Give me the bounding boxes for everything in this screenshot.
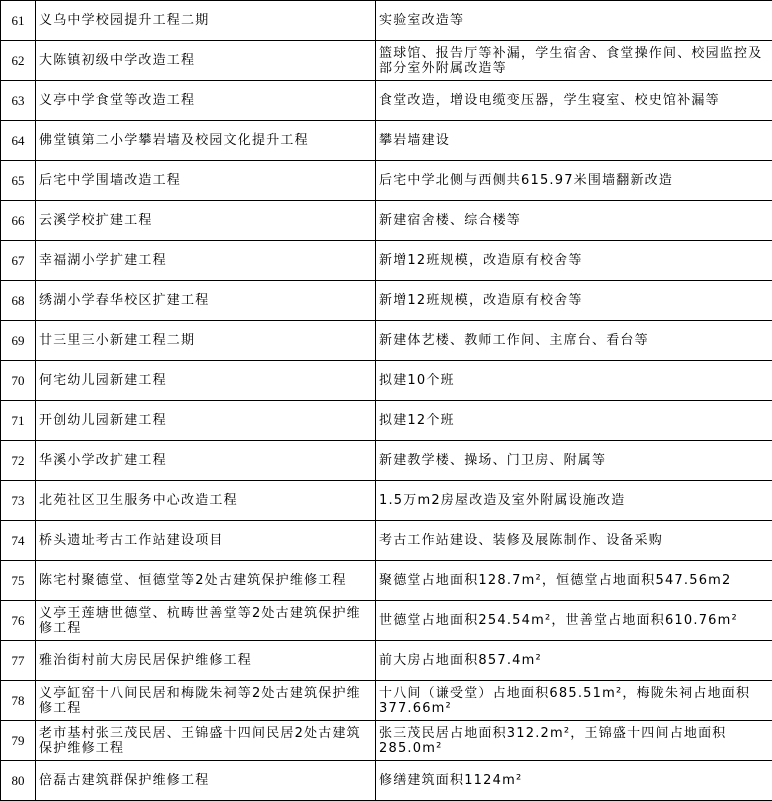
row-number: 64 [1, 121, 36, 161]
row-number: 68 [1, 281, 36, 321]
row-number: 63 [1, 81, 36, 121]
project-name: 云溪学校扩建工程 [36, 201, 376, 241]
project-name: 开创幼儿园新建工程 [36, 401, 376, 441]
table-row: 77雅治街村前大房民居保护维修工程前大房占地面积857.4m² [1, 641, 772, 681]
project-content: 张三茂民居占地面积312.2m²，王锦盛十四间占地面积285.0m² [376, 721, 772, 761]
project-content: 后宅中学北侧与西侧共615.97米围墙翻新改造 [376, 161, 772, 201]
project-name: 大陈镇初级中学改造工程 [36, 41, 376, 81]
project-content: 新增12班规模，改造原有校舍等 [376, 241, 772, 281]
table-row: 70何宅幼儿园新建工程拟建10个班 [1, 361, 772, 401]
row-number: 73 [1, 481, 36, 521]
row-number: 71 [1, 401, 36, 441]
project-content: 攀岩墙建设 [376, 121, 772, 161]
table-row: 61义乌中学校园提升工程二期实验室改造等 [1, 1, 772, 41]
project-content: 拟建10个班 [376, 361, 772, 401]
project-content: 篮球馆、报告厅等补漏，学生宿舍、食堂操作间、校园监控及部分室外附属改造等 [376, 41, 772, 81]
table-row: 63义亭中学食堂等改造工程食堂改造，增设电缆变压器，学生寝室、校史馆补漏等 [1, 81, 772, 121]
row-number: 66 [1, 201, 36, 241]
table-row: 69廿三里三小新建工程二期新建体艺楼、教师工作间、主席台、看台等 [1, 321, 772, 361]
table-row: 75陈宅村聚德堂、恒德堂等2处古建筑保护维修工程聚德堂占地面积128.7m²，恒… [1, 561, 772, 601]
row-number: 80 [1, 761, 36, 801]
project-name: 义乌中学校园提升工程二期 [36, 1, 376, 41]
project-name: 义亭王莲塘世德堂、杭畴世善堂等2处古建筑保护维修工程 [36, 601, 376, 641]
project-name: 幸福湖小学扩建工程 [36, 241, 376, 281]
table-row: 68绣湖小学春华校区扩建工程新增12班规模，改造原有校舍等 [1, 281, 772, 321]
project-content: 十八间（谦受堂）占地面积685.51m²，梅陇朱祠占地面积377.66m² [376, 681, 772, 721]
row-number: 62 [1, 41, 36, 81]
row-number: 77 [1, 641, 36, 681]
row-number: 74 [1, 521, 36, 561]
project-content: 修缮建筑面积1124m² [376, 761, 772, 801]
row-number: 70 [1, 361, 36, 401]
project-content: 前大房占地面积857.4m² [376, 641, 772, 681]
table-row: 71开创幼儿园新建工程拟建12个班 [1, 401, 772, 441]
project-content: 新增12班规模，改造原有校舍等 [376, 281, 772, 321]
table-row: 65后宅中学围墙改造工程后宅中学北侧与西侧共615.97米围墙翻新改造 [1, 161, 772, 201]
project-table: 61义乌中学校园提升工程二期实验室改造等 62大陈镇初级中学改造工程篮球馆、报告… [0, 0, 772, 801]
project-name: 陈宅村聚德堂、恒德堂等2处古建筑保护维修工程 [36, 561, 376, 601]
project-content: 考古工作站建设、装修及展陈制作、设备采购 [376, 521, 772, 561]
project-content: 新建体艺楼、教师工作间、主席台、看台等 [376, 321, 772, 361]
row-number: 67 [1, 241, 36, 281]
project-name: 义亭中学食堂等改造工程 [36, 81, 376, 121]
project-name: 华溪小学改扩建工程 [36, 441, 376, 481]
row-number: 72 [1, 441, 36, 481]
project-name: 倍磊古建筑群保护维修工程 [36, 761, 376, 801]
table-row: 72华溪小学改扩建工程新建教学楼、操场、门卫房、附属等 [1, 441, 772, 481]
table-row: 62大陈镇初级中学改造工程篮球馆、报告厅等补漏，学生宿舍、食堂操作间、校园监控及… [1, 41, 772, 81]
table-row: 80倍磊古建筑群保护维修工程修缮建筑面积1124m² [1, 761, 772, 801]
project-content: 1.5万m2房屋改造及室外附属设施改造 [376, 481, 772, 521]
row-number: 79 [1, 721, 36, 761]
project-name: 北苑社区卫生服务中心改造工程 [36, 481, 376, 521]
table-row: 66云溪学校扩建工程新建宿舍楼、综合楼等 [1, 201, 772, 241]
table-row: 64佛堂镇第二小学攀岩墙及校园文化提升工程攀岩墙建设 [1, 121, 772, 161]
project-content: 世德堂占地面积254.54m²，世善堂占地面积610.76m² [376, 601, 772, 641]
table-row: 67幸福湖小学扩建工程新增12班规模，改造原有校舍等 [1, 241, 772, 281]
row-number: 61 [1, 1, 36, 41]
project-name: 老市基村张三茂民居、王锦盛十四间民居2处古建筑保护维修工程 [36, 721, 376, 761]
project-name: 何宅幼儿园新建工程 [36, 361, 376, 401]
project-content: 聚德堂占地面积128.7m²，恒德堂占地面积547.56m2 [376, 561, 772, 601]
row-number: 75 [1, 561, 36, 601]
project-name: 桥头遗址考古工作站建设项目 [36, 521, 376, 561]
project-name: 后宅中学围墙改造工程 [36, 161, 376, 201]
table-row: 73北苑社区卫生服务中心改造工程1.5万m2房屋改造及室外附属设施改造 [1, 481, 772, 521]
project-name: 廿三里三小新建工程二期 [36, 321, 376, 361]
project-content: 新建教学楼、操场、门卫房、附属等 [376, 441, 772, 481]
row-number: 69 [1, 321, 36, 361]
project-name: 义亭缸窑十八间民居和梅陇朱祠等2处古建筑保护维修工程 [36, 681, 376, 721]
project-content: 食堂改造，增设电缆变压器，学生寝室、校史馆补漏等 [376, 81, 772, 121]
row-number: 76 [1, 601, 36, 641]
project-content: 新建宿舍楼、综合楼等 [376, 201, 772, 241]
project-name: 雅治街村前大房民居保护维修工程 [36, 641, 376, 681]
project-content: 实验室改造等 [376, 1, 772, 41]
project-name: 绣湖小学春华校区扩建工程 [36, 281, 376, 321]
table-row: 74桥头遗址考古工作站建设项目考古工作站建设、装修及展陈制作、设备采购 [1, 521, 772, 561]
row-number: 65 [1, 161, 36, 201]
table-row: 79老市基村张三茂民居、王锦盛十四间民居2处古建筑保护维修工程张三茂民居占地面积… [1, 721, 772, 761]
table-row: 76义亭王莲塘世德堂、杭畴世善堂等2处古建筑保护维修工程世德堂占地面积254.5… [1, 601, 772, 641]
project-name: 佛堂镇第二小学攀岩墙及校园文化提升工程 [36, 121, 376, 161]
row-number: 78 [1, 681, 36, 721]
table-row: 78义亭缸窑十八间民居和梅陇朱祠等2处古建筑保护维修工程十八间（谦受堂）占地面积… [1, 681, 772, 721]
project-content: 拟建12个班 [376, 401, 772, 441]
